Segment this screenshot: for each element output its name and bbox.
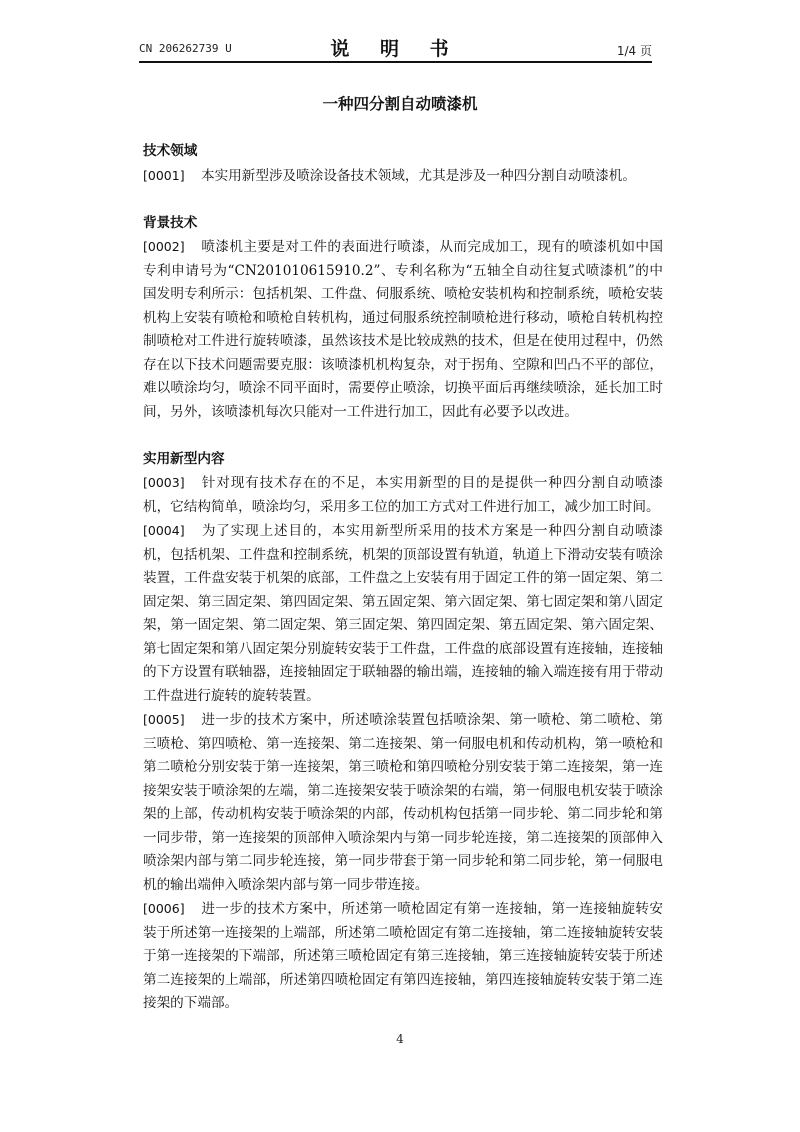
patent-page: CN 206262739 U 说 明 书 1/4 页 一种四分割自动喷漆机 技术… <box>0 0 800 1132</box>
paragraph-number: [0003] <box>143 471 201 495</box>
section-gap <box>143 188 663 212</box>
page-number: 4 <box>0 1032 800 1046</box>
section-heading-technical-field: 技术领域 <box>143 140 663 164</box>
paragraph-text: 喷漆机主要是对工件的表面进行喷漆，从而完成加工，现有的喷漆机如中国专利申请号为“… <box>143 239 663 420</box>
paragraph-text: 进一步的技术方案中，所述第一喷枪固定有第一连接轴，第一连接轴旋转安装于所述第一连… <box>143 901 663 1011</box>
paragraph-number: [0006] <box>143 897 201 921</box>
paragraph-text: 为了实现上述目的，本实用新型所采用的技术方案是一种四分割自动喷漆机，包括机架、工… <box>143 523 663 704</box>
header-divider <box>139 61 652 63</box>
document-title: 一种四分割自动喷漆机 <box>0 92 800 114</box>
page-header: CN 206262739 U 说 明 书 1/4 页 <box>139 34 652 60</box>
document-body: 技术领域 [0001]本实用新型涉及喷涂设备技术领域，尤其是涉及一种四分割自动喷… <box>143 140 663 1016</box>
paragraph-0006: [0006]进一步的技术方案中，所述第一喷枪固定有第一连接轴，第一连接轴旋转安装… <box>143 897 663 1016</box>
paragraph-0001: [0001]本实用新型涉及喷涂设备技术领域，尤其是涉及一种四分割自动喷漆机。 <box>143 164 663 189</box>
paragraph-0004: [0004]为了实现上述目的，本实用新型所采用的技术方案是一种四分割自动喷漆机，… <box>143 519 663 708</box>
paragraph-text: 进一步的技术方案中，所述喷涂装置包括喷涂架、第一喷枪、第二喷枪、第三喷枪、第四喷… <box>143 712 663 893</box>
document-type-label: 说 明 书 <box>139 34 652 61</box>
paragraph-text: 本实用新型涉及喷涂设备技术领域，尤其是涉及一种四分割自动喷漆机。 <box>201 168 636 184</box>
paragraph-0003: [0003]针对现有技术存在的不足，本实用新型的目的是提供一种四分割自动喷漆机，… <box>143 471 663 519</box>
paragraph-0005: [0005]进一步的技术方案中，所述喷涂装置包括喷涂架、第一喷枪、第二喷枪、第三… <box>143 708 663 897</box>
section-heading-background: 背景技术 <box>143 212 663 236</box>
paragraph-text: 针对现有技术存在的不足，本实用新型的目的是提供一种四分割自动喷漆机，它结构简单，… <box>143 475 663 515</box>
paragraph-number: [0001] <box>143 164 201 188</box>
section-gap <box>143 424 663 448</box>
paragraph-number: [0002] <box>143 235 201 259</box>
paragraph-number: [0005] <box>143 708 201 732</box>
paragraph-number: [0004] <box>143 519 201 543</box>
page-indicator: 1/4 页 <box>617 42 652 59</box>
section-heading-utility-model-content: 实用新型内容 <box>143 448 663 472</box>
paragraph-0002: [0002]喷漆机主要是对工件的表面进行喷漆，从而完成加工，现有的喷漆机如中国专… <box>143 235 663 424</box>
